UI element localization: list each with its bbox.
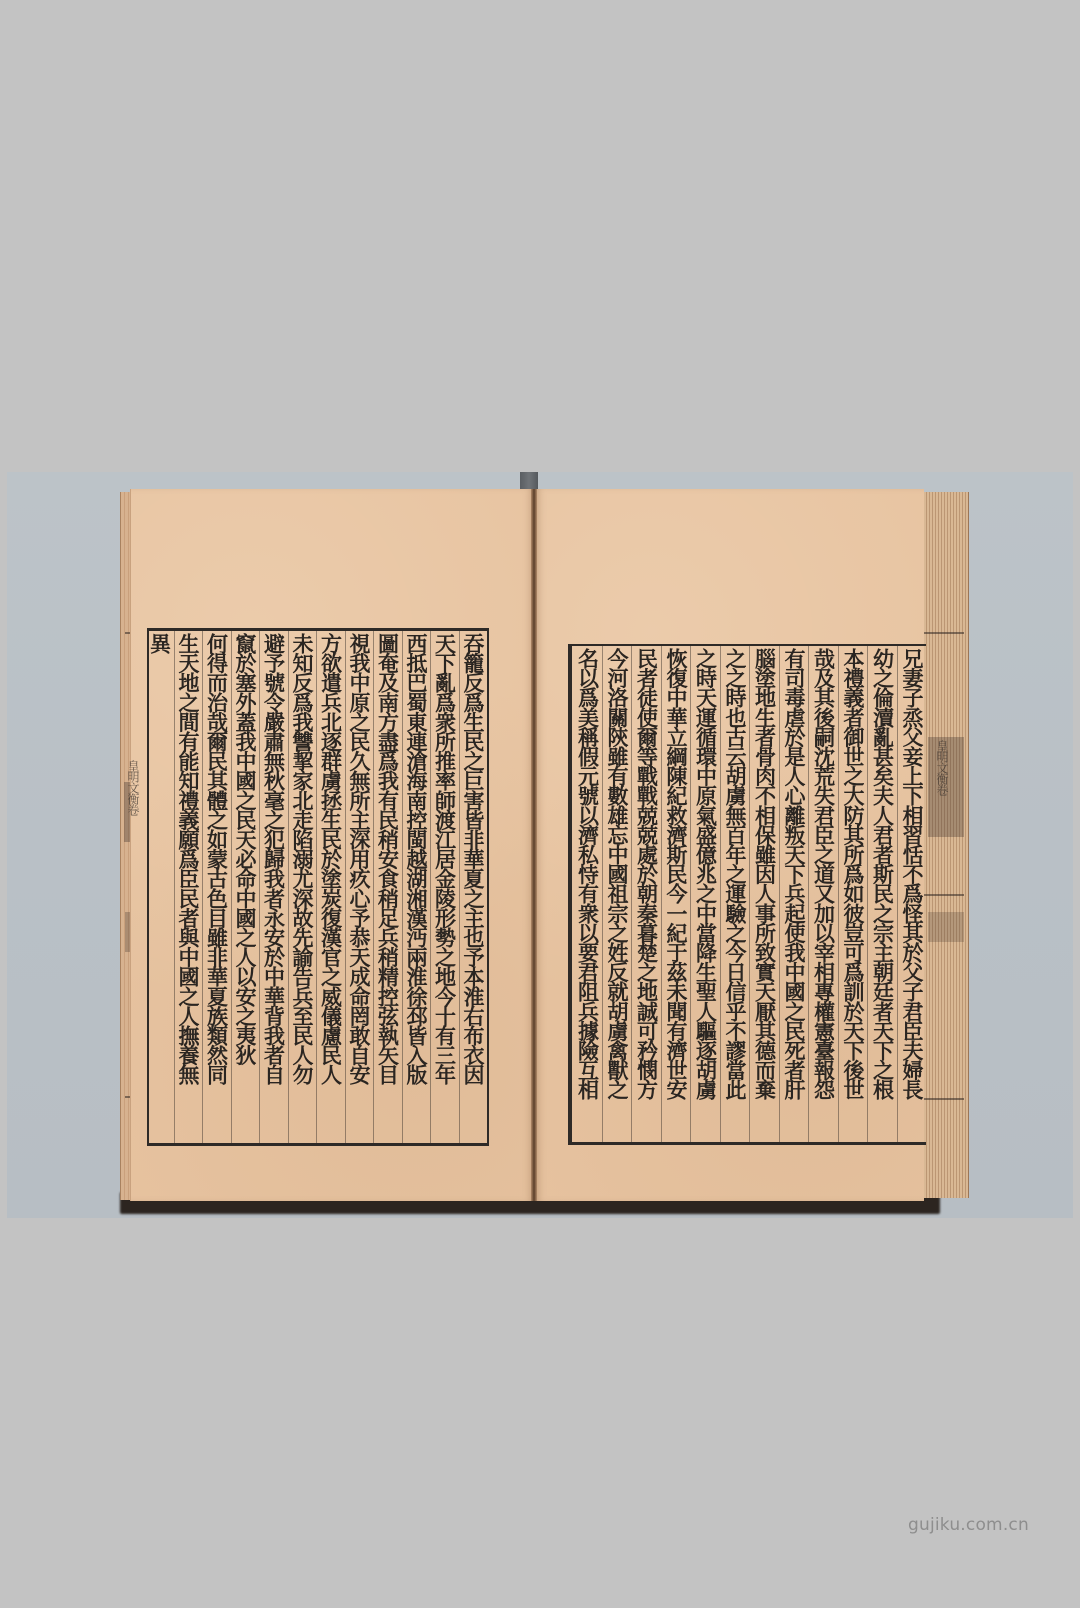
- text-column: 哉及其後嗣沈荒失君臣之道又加以宰相專權憲臺報怨: [808, 646, 838, 1142]
- text-column: 西抵巴蜀東連滄海南控閩越湖湘漢沔兩淮徐邳皆入版: [402, 631, 431, 1143]
- text-column: 名以爲美稱假元號以濟私恃有衆以要君阻兵據險互相: [572, 646, 602, 1142]
- text-column: 恢復中華立綱陳紀救濟斯民今一紀于茲未聞有濟世安: [661, 646, 691, 1142]
- text-column: 有司毒虐於是人心離叛天下兵起使我中國之民死者肝: [779, 646, 809, 1142]
- text-column: 吞籠反爲生民之巨害皆非華夏之主也予本淮右布衣因: [459, 631, 488, 1143]
- text-column: 腦塗地生者骨肉不相保雖因人事所致實天厭其德而棄: [749, 646, 779, 1142]
- text-column: 今河洛關陝雖有數雄忘中國祖宗之姓反就胡虜禽獸之: [602, 646, 632, 1142]
- text-column: 之之時也古云胡虜無百年之運驗之今日信乎不謬當此: [720, 646, 750, 1142]
- text-column: 生天地之間有能知禮義願爲臣民者與中國之人撫養無: [174, 631, 203, 1143]
- left-page-text-block: 吞籠反爲生民之巨害皆非華夏之主也予本淮右布衣因 天下亂爲衆所推率師渡江居金陵形勢…: [147, 628, 489, 1146]
- text-column: 異: [145, 631, 174, 1143]
- site-watermark: gujiku.com.cn: [908, 1515, 1029, 1535]
- text-column: 幼之倫瀆亂甚矣夫人君者斯民之宗主朝廷者天下之根: [867, 646, 897, 1142]
- text-column: 之時天運循環中原氣盛億兆之中當降生聖人驅逐胡虜: [690, 646, 720, 1142]
- text-column: 竄於塞外蓋我中國之民天必命中國之人以安之夷狄: [231, 631, 260, 1143]
- right-margin-label: 皇明文衡卷: [934, 740, 951, 795]
- text-column: 圖奄及南方盡爲我有民稍安食稍足兵稍精控弦執矢目: [373, 631, 402, 1143]
- text-column: 何得而治哉爾民其體之如蒙古色目雖非華夏族類然同: [202, 631, 231, 1143]
- text-column: 兄妻子烝父妾上下相習恬不爲怪其於父子君臣夫婦長: [897, 646, 927, 1142]
- text-column: 方欲遣兵北逐群虜拯生民於塗炭復漢官之威儀慮民人: [316, 631, 345, 1143]
- right-page-stack-edge: [924, 492, 969, 1198]
- text-column: 視我中原之民久無所主深用疚心予恭天成命罔敢自安: [345, 631, 374, 1143]
- text-column: 未知反爲我讐挈家北走陷溺尤深故先諭告兵至民人勿: [288, 631, 317, 1143]
- text-column: 天下亂爲衆所推率師渡江居金陵形勢之地今十有三年: [430, 631, 459, 1143]
- text-column: 民者徒使爾等戰戰兢兢處於朝秦暮楚之地誠可矜憫方: [631, 646, 661, 1142]
- book-spine-gutter: [531, 489, 537, 1201]
- left-margin-label: 皇明文衡卷: [125, 760, 142, 815]
- text-column: 本禮義者御世之大防其所爲如彼豈可爲訓於天下後世: [838, 646, 868, 1142]
- text-column: 避予號令嚴肅無秋毫之犯歸我者永安於中華背我者自: [259, 631, 288, 1143]
- right-page-text-block: 兄妻子烝父妾上下相習恬不爲怪其於父子君臣夫婦長 幼之倫瀆亂甚矣夫人君者斯民之宗主…: [568, 644, 926, 1145]
